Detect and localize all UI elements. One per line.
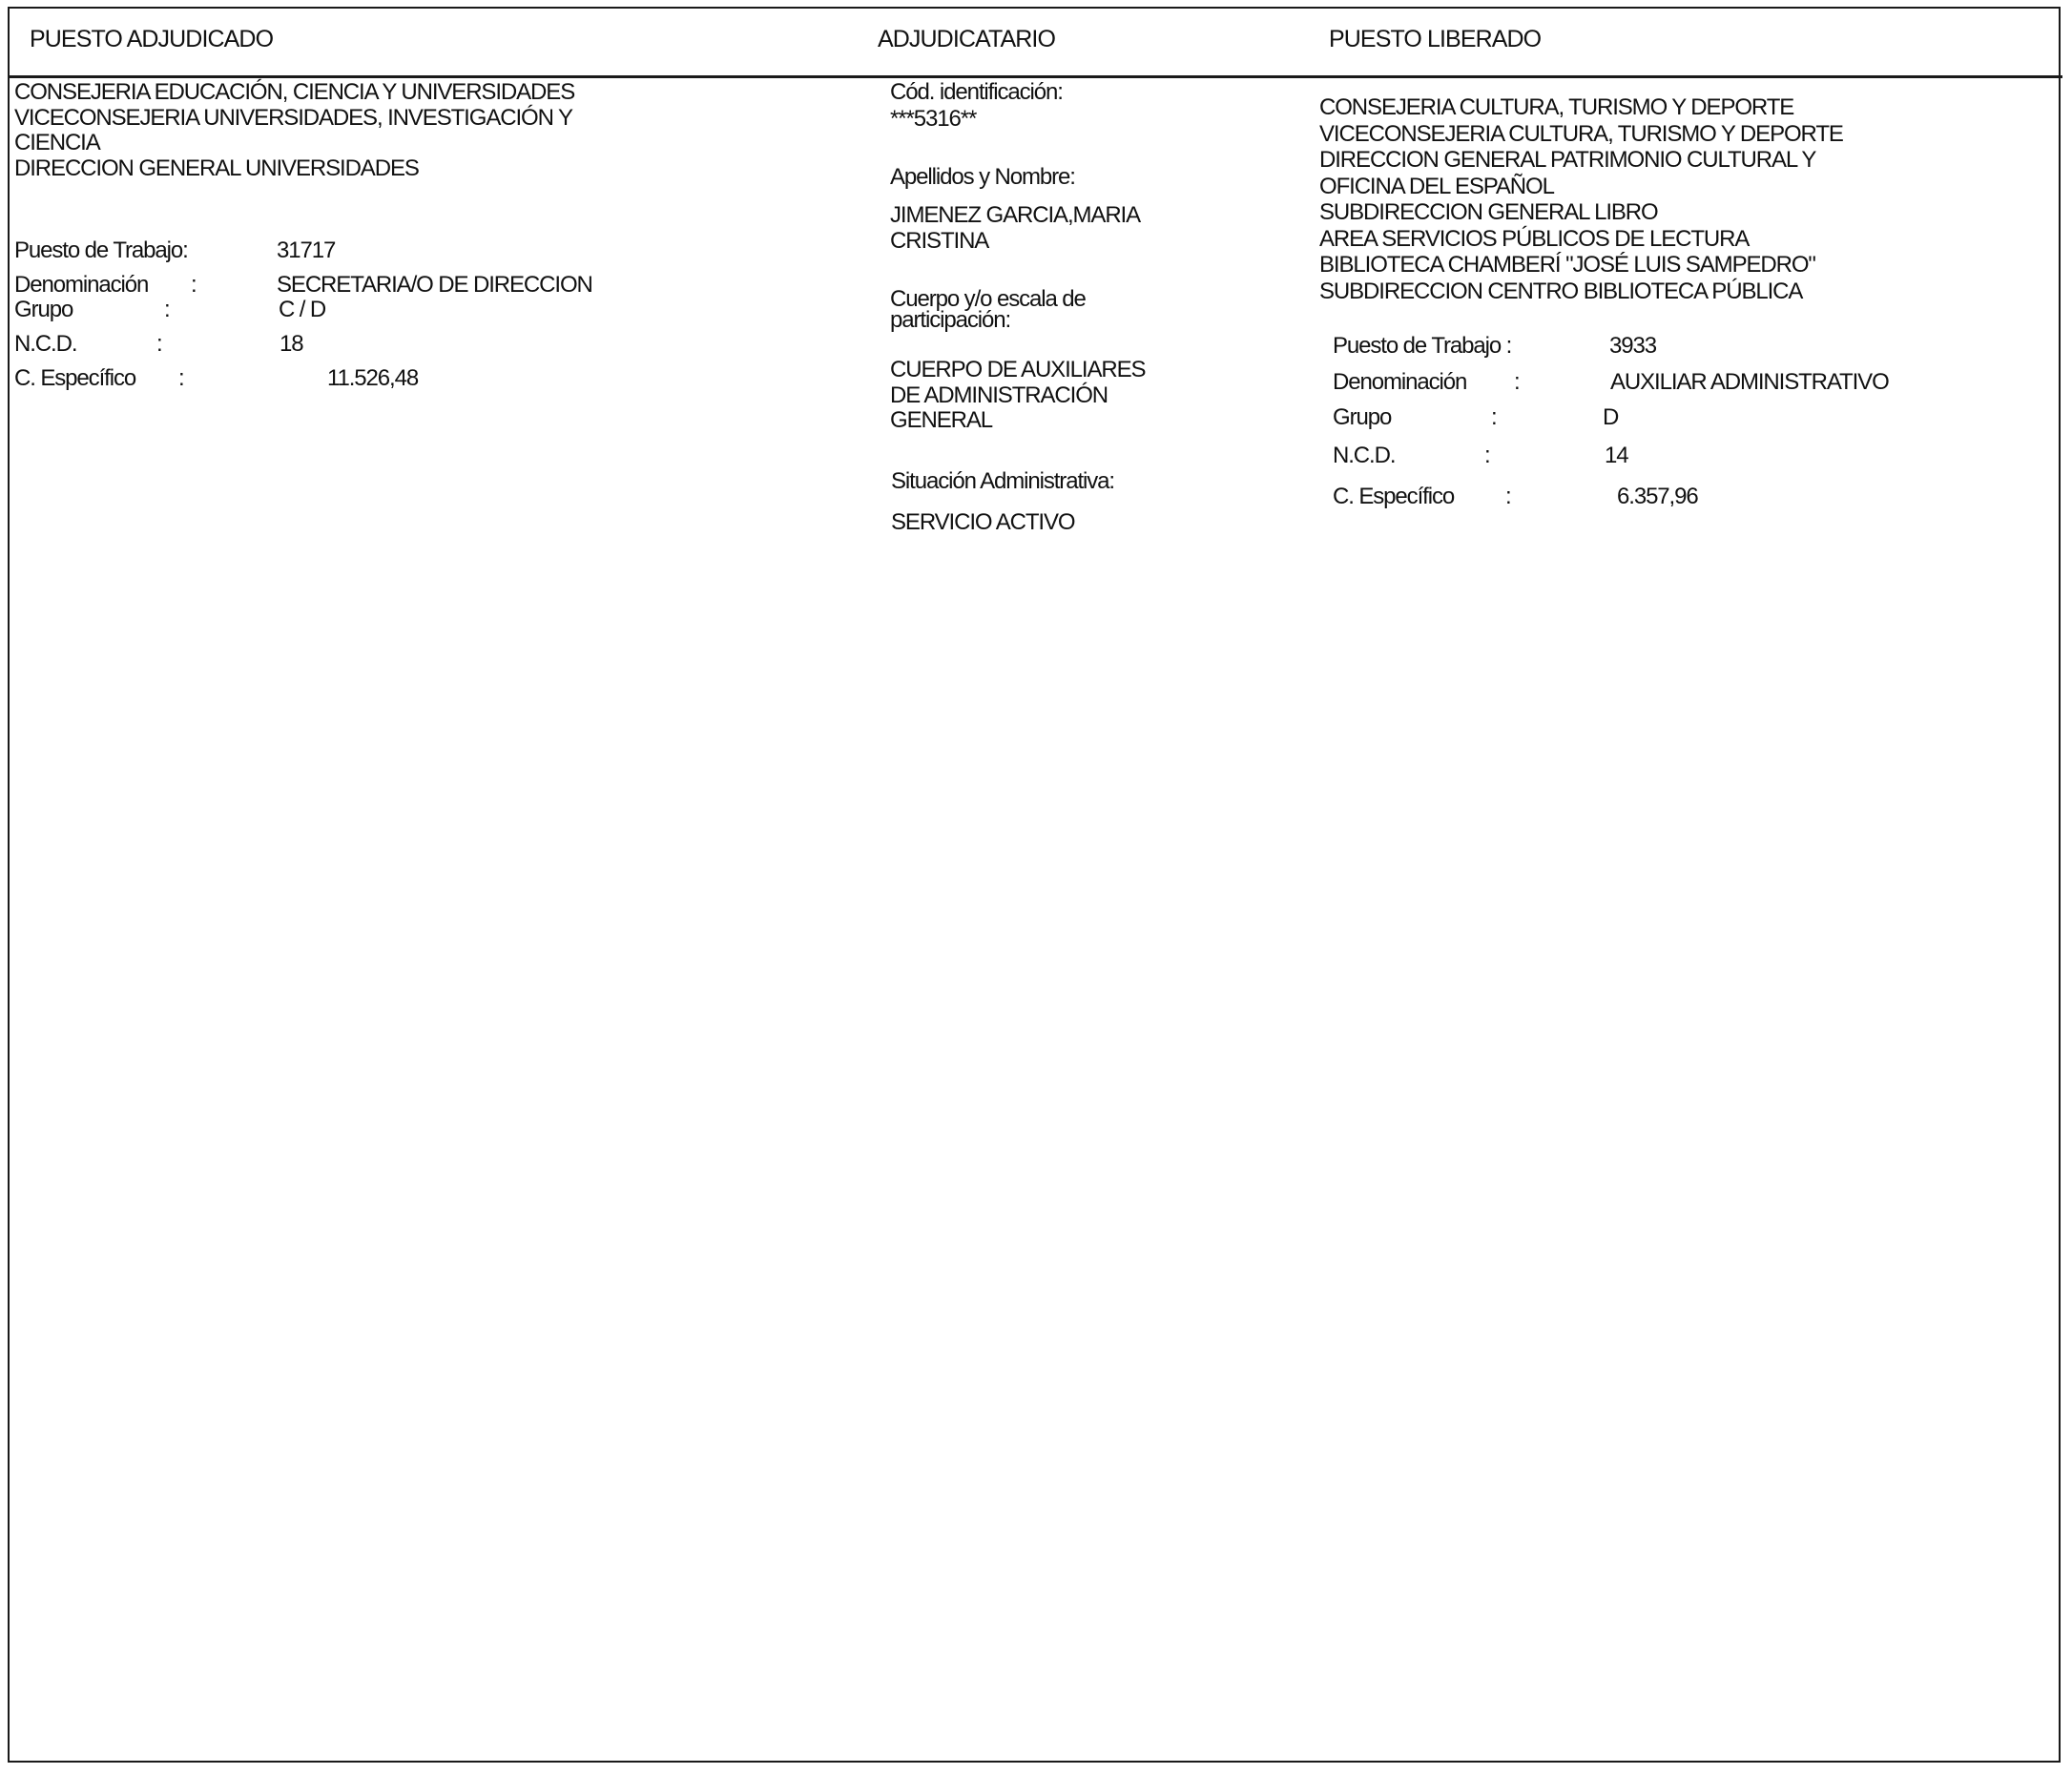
org-line: BIBLIOTECA CHAMBERÍ "JOSÉ LUIS SAMPEDRO" bbox=[1319, 254, 1843, 280]
liberado-c-especifico-value: 6.357,96 bbox=[1617, 485, 1698, 508]
apellidos-nombre-value: JIMENEZ GARCIA,MARIA CRISTINA bbox=[890, 204, 1140, 255]
nombre-line: CRISTINA bbox=[890, 230, 1140, 256]
liberado-ncd-value: 14 bbox=[1605, 444, 1628, 467]
adjudicado-denominacion-label: Denominación bbox=[14, 274, 148, 297]
liberado-denominacion-colon: : bbox=[1514, 371, 1520, 394]
adjudicado-grupo-value: C / D bbox=[279, 299, 325, 321]
cod-identificacion-label: Cód. identificación: bbox=[890, 81, 1063, 104]
liberado-ncd-label: N.C.D. bbox=[1333, 444, 1395, 467]
cuerpo-value-line: CUERPO DE AUXILIARES bbox=[890, 359, 1145, 384]
nombre-line: JIMENEZ GARCIA,MARIA bbox=[890, 204, 1140, 230]
org-line: SUBDIRECCION GENERAL LIBRO bbox=[1319, 201, 1843, 228]
adjudicado-c-especifico-colon: : bbox=[178, 367, 184, 390]
liberado-ncd-colon: : bbox=[1484, 444, 1490, 467]
cuerpo-label-line: Cuerpo y/o escala de bbox=[890, 288, 1086, 309]
cuerpo-value-line: GENERAL bbox=[890, 409, 1145, 435]
org-line: SUBDIRECCION CENTRO BIBLIOTECA PÚBLICA bbox=[1319, 280, 1843, 307]
liberado-grupo-value: D bbox=[1603, 406, 1618, 429]
situacion-administrativa-label: Situación Administrativa: bbox=[891, 470, 1114, 493]
org-line: DIRECCION GENERAL UNIVERSIDADES bbox=[14, 157, 574, 183]
org-line: DIRECCION GENERAL PATRIMONIO CULTURAL Y bbox=[1319, 149, 1843, 175]
header-puesto-liberado: PUESTO LIBERADO bbox=[1329, 28, 1541, 52]
adjudicado-puesto-value: 31717 bbox=[277, 239, 335, 262]
cuerpo-escala-label: Cuerpo y/o escala de participación: bbox=[890, 288, 1086, 335]
adjudicado-c-especifico-label: C. Específico bbox=[14, 367, 135, 390]
org-line: VICECONSEJERIA CULTURA, TURISMO Y DEPORT… bbox=[1319, 123, 1843, 150]
liberado-denominacion-value: AUXILIAR ADMINISTRATIVO bbox=[1610, 371, 1889, 394]
liberado-puesto-value: 3933 bbox=[1609, 335, 1656, 358]
org-line: CONSEJERIA CULTURA, TURISMO Y DEPORTE bbox=[1319, 96, 1843, 123]
liberado-puesto-label: Puesto de Trabajo : bbox=[1333, 335, 1511, 358]
liberado-organization: CONSEJERIA CULTURA, TURISMO Y DEPORTE VI… bbox=[1319, 96, 1843, 306]
adjudicado-c-especifico-value: 11.526,48 bbox=[327, 367, 418, 390]
cuerpo-value-line: DE ADMINISTRACIÓN bbox=[890, 384, 1145, 410]
situacion-administrativa-value: SERVICIO ACTIVO bbox=[891, 511, 1074, 534]
liberado-c-especifico-label: C. Específico bbox=[1333, 485, 1454, 508]
adjudicado-grupo-label: Grupo bbox=[14, 299, 73, 321]
org-line: CIENCIA bbox=[14, 132, 574, 157]
adjudicado-ncd-colon: : bbox=[156, 333, 162, 356]
adjudicado-grupo-colon: : bbox=[164, 299, 170, 321]
cod-identificacion-value: ***5316** bbox=[890, 108, 976, 131]
header-divider bbox=[8, 75, 2062, 78]
cuerpo-label-line: participación: bbox=[890, 309, 1086, 335]
adjudicado-denominacion-colon: : bbox=[191, 274, 197, 297]
org-line: CONSEJERIA EDUCACIÓN, CIENCIA Y UNIVERSI… bbox=[14, 81, 574, 107]
header-adjudicatario: ADJUDICATARIO bbox=[878, 28, 1055, 52]
liberado-denominacion-label: Denominación bbox=[1333, 371, 1466, 394]
liberado-grupo-label: Grupo bbox=[1333, 406, 1391, 429]
header-puesto-adjudicado: PUESTO ADJUDICADO bbox=[30, 28, 273, 52]
cuerpo-escala-value: CUERPO DE AUXILIARES DE ADMINISTRACIÓN G… bbox=[890, 359, 1145, 435]
adjudicado-puesto-label: Puesto de Trabajo: bbox=[14, 239, 188, 262]
apellidos-nombre-label: Apellidos y Nombre: bbox=[890, 166, 1075, 189]
org-line: AREA SERVICIOS PÚBLICOS DE LECTURA bbox=[1319, 228, 1843, 255]
adjudicado-denominacion-value: SECRETARIA/O DE DIRECCION bbox=[277, 274, 592, 297]
org-line: OFICINA DEL ESPAÑOL bbox=[1319, 175, 1843, 202]
liberado-c-especifico-colon: : bbox=[1505, 485, 1511, 508]
adjudicado-organization: CONSEJERIA EDUCACIÓN, CIENCIA Y UNIVERSI… bbox=[14, 81, 574, 183]
org-line: VICECONSEJERIA UNIVERSIDADES, INVESTIGAC… bbox=[14, 107, 574, 133]
adjudicado-ncd-label: N.C.D. bbox=[14, 333, 76, 356]
adjudicado-ncd-value: 18 bbox=[280, 333, 303, 356]
liberado-grupo-colon: : bbox=[1491, 406, 1497, 429]
